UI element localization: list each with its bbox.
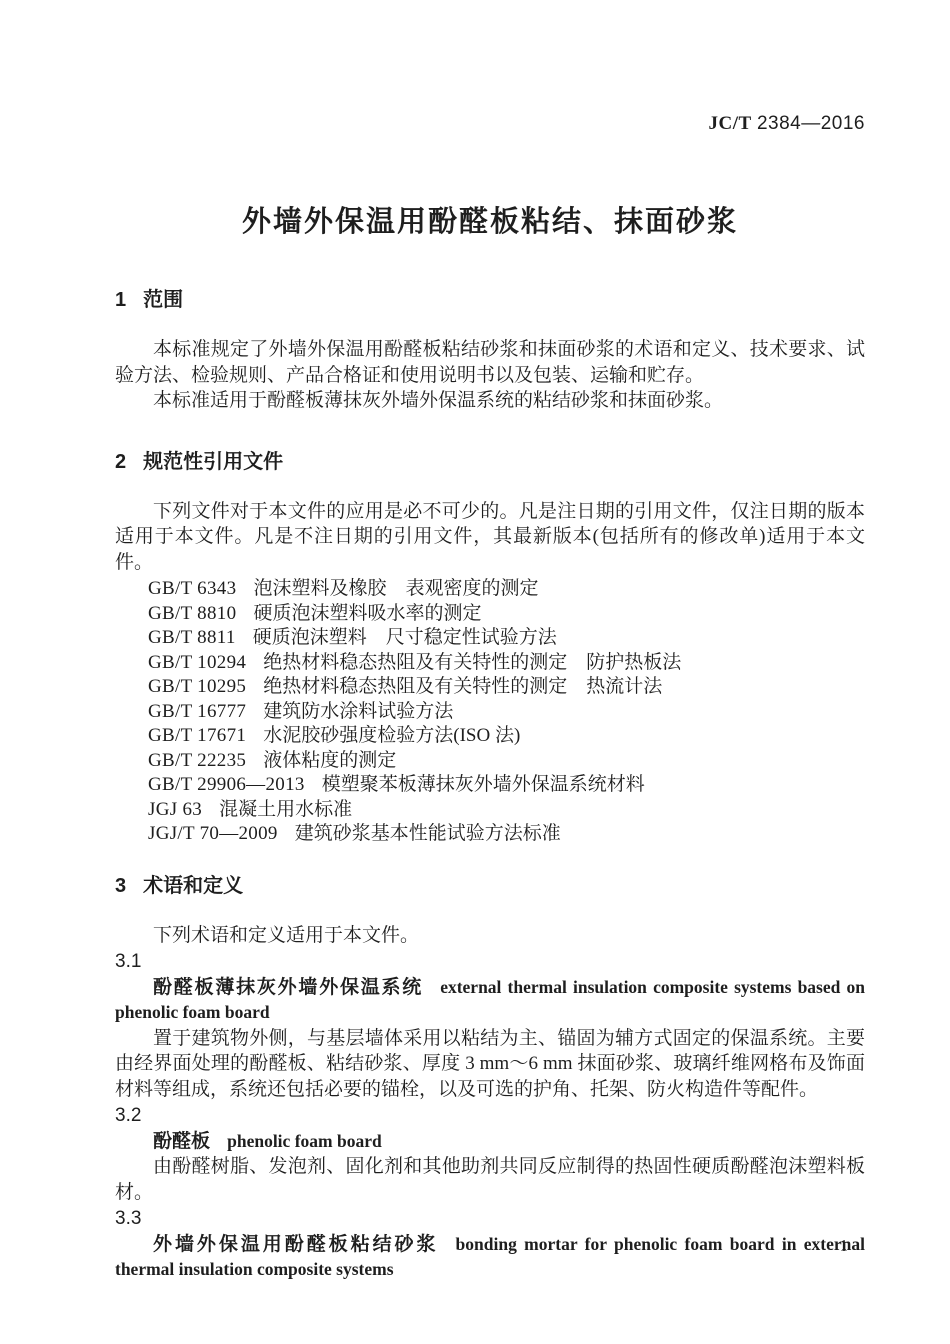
- reference-item: GB/T 10294绝热材料稳态热阻及有关特性的测定 防护热板法: [115, 651, 865, 676]
- reference-code: GB/T 17671: [148, 725, 246, 746]
- section-2-intro: 下列文件对于本文件的应用是必不可少的。凡是注日期的引用文件，仅注日期的版本适用于…: [115, 499, 865, 576]
- document-page: JC/T 2384—2016 外墙外保温用酚醛板粘结、抹面砂浆 1范围 本标准规…: [0, 0, 950, 1344]
- reference-code: JGJ/T 70—2009: [148, 823, 278, 844]
- reference-title: 绝热材料稳态热阻及有关特性的测定 热流计法: [263, 676, 662, 697]
- term-entry: 外墙外保温用酚醛板粘结砂浆bonding mortar for phenolic…: [115, 1232, 865, 1283]
- reference-item: GB/T 8811硬质泡沫塑料 尺寸稳定性试验方法: [115, 626, 865, 651]
- term-definition: 由酚醛树脂、发泡剂、固化剂和其他助剂共同反应制得的热固性硬质酚醛泡沫塑料板材。: [115, 1154, 865, 1205]
- reference-code: GB/T 6343: [148, 578, 236, 599]
- section-1-number: 1: [115, 288, 126, 312]
- reference-title: 绝热材料稳态热阻及有关特性的测定 防护热板法: [263, 652, 681, 673]
- reference-item: JGJ 63混凝土用水标准: [115, 798, 865, 823]
- reference-item: JGJ/T 70—2009建筑砂浆基本性能试验方法标准: [115, 822, 865, 847]
- reference-title: 水泥胶砂强度检验方法(ISO 法): [263, 725, 520, 746]
- reference-code: GB/T 29906—2013: [148, 774, 305, 795]
- term-number: 3.3: [115, 1206, 865, 1232]
- reference-code: JGJ 63: [148, 799, 202, 820]
- reference-title: 模塑聚苯板薄抹灰外墙外保温系统材料: [322, 774, 645, 795]
- standard-code-header: JC/T 2384—2016: [115, 112, 865, 135]
- section-1-paragraph-2: 本标准适用于酚醛板薄抹灰外墙外保温系统的粘结砂浆和抹面砂浆。: [115, 388, 865, 414]
- reference-code: GB/T 16777: [148, 701, 246, 722]
- section-1-title: 范围: [143, 289, 183, 311]
- term-number: 3.2: [115, 1103, 865, 1129]
- standard-code-number: 2384—2016: [757, 113, 865, 134]
- normative-references-list: GB/T 6343泡沫塑料及橡胶 表观密度的测定 GB/T 8810硬质泡沫塑料…: [115, 577, 865, 847]
- section-1-paragraph-1: 本标准规定了外墙外保温用酚醛板粘结砂浆和抹面砂浆的术语和定义、技术要求、试验方法…: [115, 337, 865, 388]
- reference-code: GB/T 8810: [148, 603, 236, 624]
- reference-item: GB/T 17671水泥胶砂强度检验方法(ISO 法): [115, 724, 865, 749]
- term-entry: 酚醛板phenolic foam board: [115, 1129, 865, 1155]
- term-chinese: 酚醛板薄抹灰外墙外保温系统: [153, 977, 423, 998]
- reference-item: GB/T 8810硬质泡沫塑料吸水率的测定: [115, 602, 865, 627]
- reference-item: GB/T 29906—2013模塑聚苯板薄抹灰外墙外保温系统材料: [115, 773, 865, 798]
- standard-code-prefix: JC/T: [709, 113, 752, 134]
- section-2-heading: 2规范性引用文件: [115, 450, 865, 474]
- reference-code: GB/T 10295: [148, 676, 246, 697]
- section-2-title: 规范性引用文件: [143, 451, 283, 473]
- page-number: 1: [840, 1236, 849, 1256]
- reference-item: GB/T 22235液体粘度的测定: [115, 749, 865, 774]
- term-definition: 置于建筑物外侧，与基层墙体采用以粘结为主、锚固为辅方式固定的保温系统。主要由经界…: [115, 1026, 865, 1103]
- reference-item: GB/T 16777建筑防水涂料试验方法: [115, 700, 865, 725]
- reference-title: 建筑砂浆基本性能试验方法标准: [295, 823, 561, 844]
- section-3-intro: 下列术语和定义适用于本文件。: [115, 923, 865, 949]
- term-chinese: 酚醛板: [153, 1131, 210, 1152]
- term-english: phenolic foam board: [227, 1131, 382, 1151]
- term-entry: 酚醛板薄抹灰外墙外保温系统external thermal insulation…: [115, 975, 865, 1026]
- document-title: 外墙外保温用酚醛板粘结、抹面砂浆: [115, 205, 865, 239]
- section-3-heading: 3术语和定义: [115, 874, 865, 898]
- reference-title: 液体粘度的测定: [263, 750, 396, 771]
- section-1-heading: 1范围: [115, 288, 865, 312]
- reference-title: 建筑防水涂料试验方法: [263, 701, 453, 722]
- term-chinese: 外墙外保温用酚醛板粘结砂浆: [153, 1234, 438, 1255]
- section-2-number: 2: [115, 450, 126, 474]
- reference-title: 硬质泡沫塑料吸水率的测定: [253, 603, 481, 624]
- term-number: 3.1: [115, 949, 865, 975]
- reference-item: GB/T 6343泡沫塑料及橡胶 表观密度的测定: [115, 577, 865, 602]
- section-3-number: 3: [115, 874, 126, 898]
- reference-item: GB/T 10295绝热材料稳态热阻及有关特性的测定 热流计法: [115, 675, 865, 700]
- reference-code: GB/T 8811: [148, 627, 236, 648]
- reference-code: GB/T 22235: [148, 750, 246, 771]
- reference-title: 混凝土用水标准: [219, 799, 352, 820]
- reference-title: 泡沫塑料及橡胶 表观密度的测定: [253, 578, 538, 599]
- section-3-title: 术语和定义: [143, 875, 243, 897]
- reference-code: GB/T 10294: [148, 652, 246, 673]
- reference-title: 硬质泡沫塑料 尺寸稳定性试验方法: [253, 627, 557, 648]
